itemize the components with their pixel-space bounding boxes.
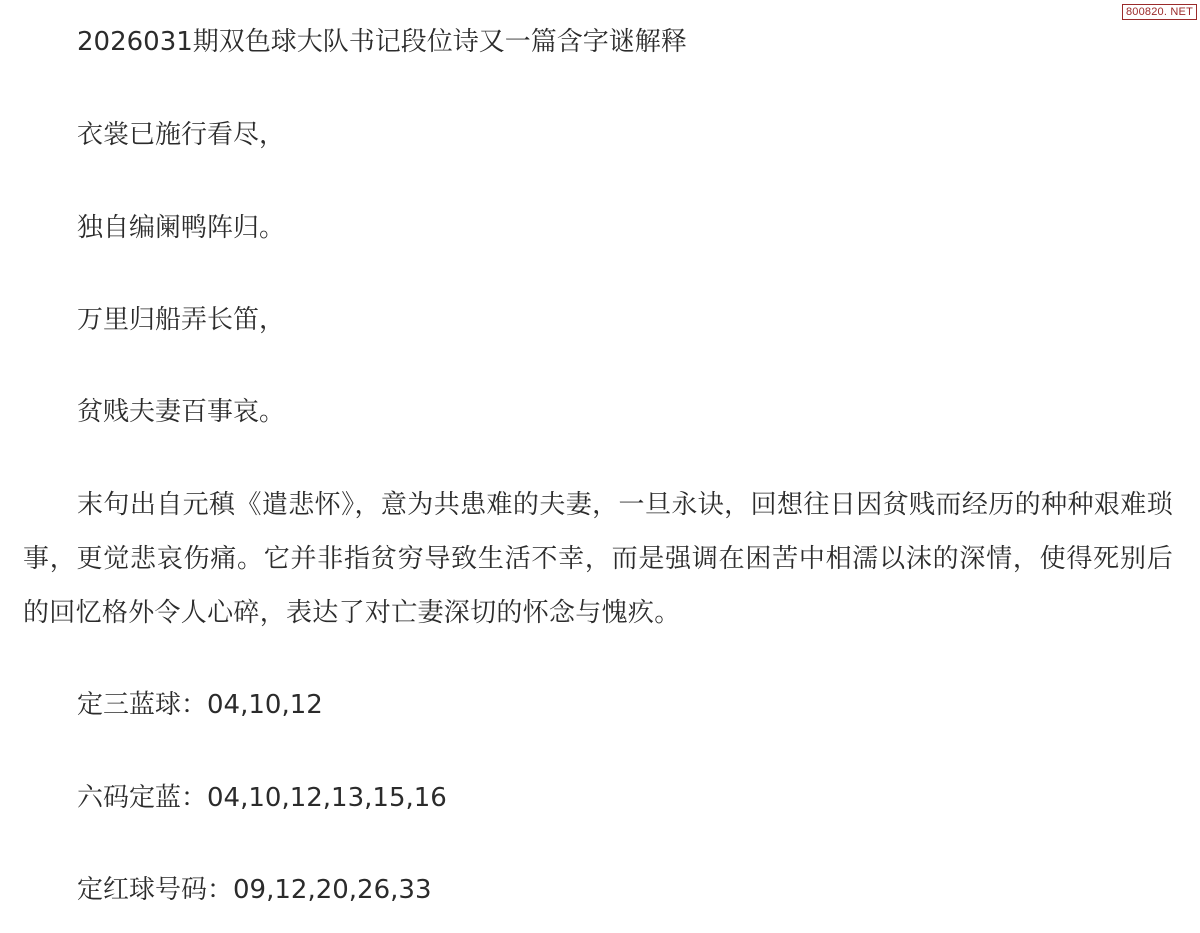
pick-label: 六码定蓝： xyxy=(77,783,207,813)
pick-blue-three: 定三蓝球：04,10,12 xyxy=(23,678,1173,732)
poem-line-2: 独自编阑鸭阵归。 xyxy=(23,201,1173,255)
pick-value: 09,12,20,26,33 xyxy=(233,875,431,905)
poem-line-4: 贫贱夫妻百事哀。 xyxy=(23,385,1173,439)
poem-line-1: 衣裳已施行看尽， xyxy=(23,108,1173,162)
poem-line-3: 万里归船弄长笛， xyxy=(23,293,1173,347)
pick-value: 04,10,12,13,15,16 xyxy=(207,783,447,813)
pick-red-numbers: 定红球号码：09,12,20,26,33 xyxy=(23,863,1173,917)
pick-label: 定红球号码： xyxy=(77,875,233,905)
pick-label: 定三蓝球： xyxy=(77,690,207,720)
explanation-paragraph: 末句出自元稹《遣悲怀》，意为共患难的夫妻，一旦永诀，回想往日因贫贱而经历的种种艰… xyxy=(23,478,1173,640)
pick-blue-six: 六码定蓝：04,10,12,13,15,16 xyxy=(23,771,1173,825)
pick-value: 04,10,12 xyxy=(207,690,323,720)
article-title: 2026031期双色球大队书记段位诗又一篇含字谜解释 xyxy=(23,15,1173,69)
